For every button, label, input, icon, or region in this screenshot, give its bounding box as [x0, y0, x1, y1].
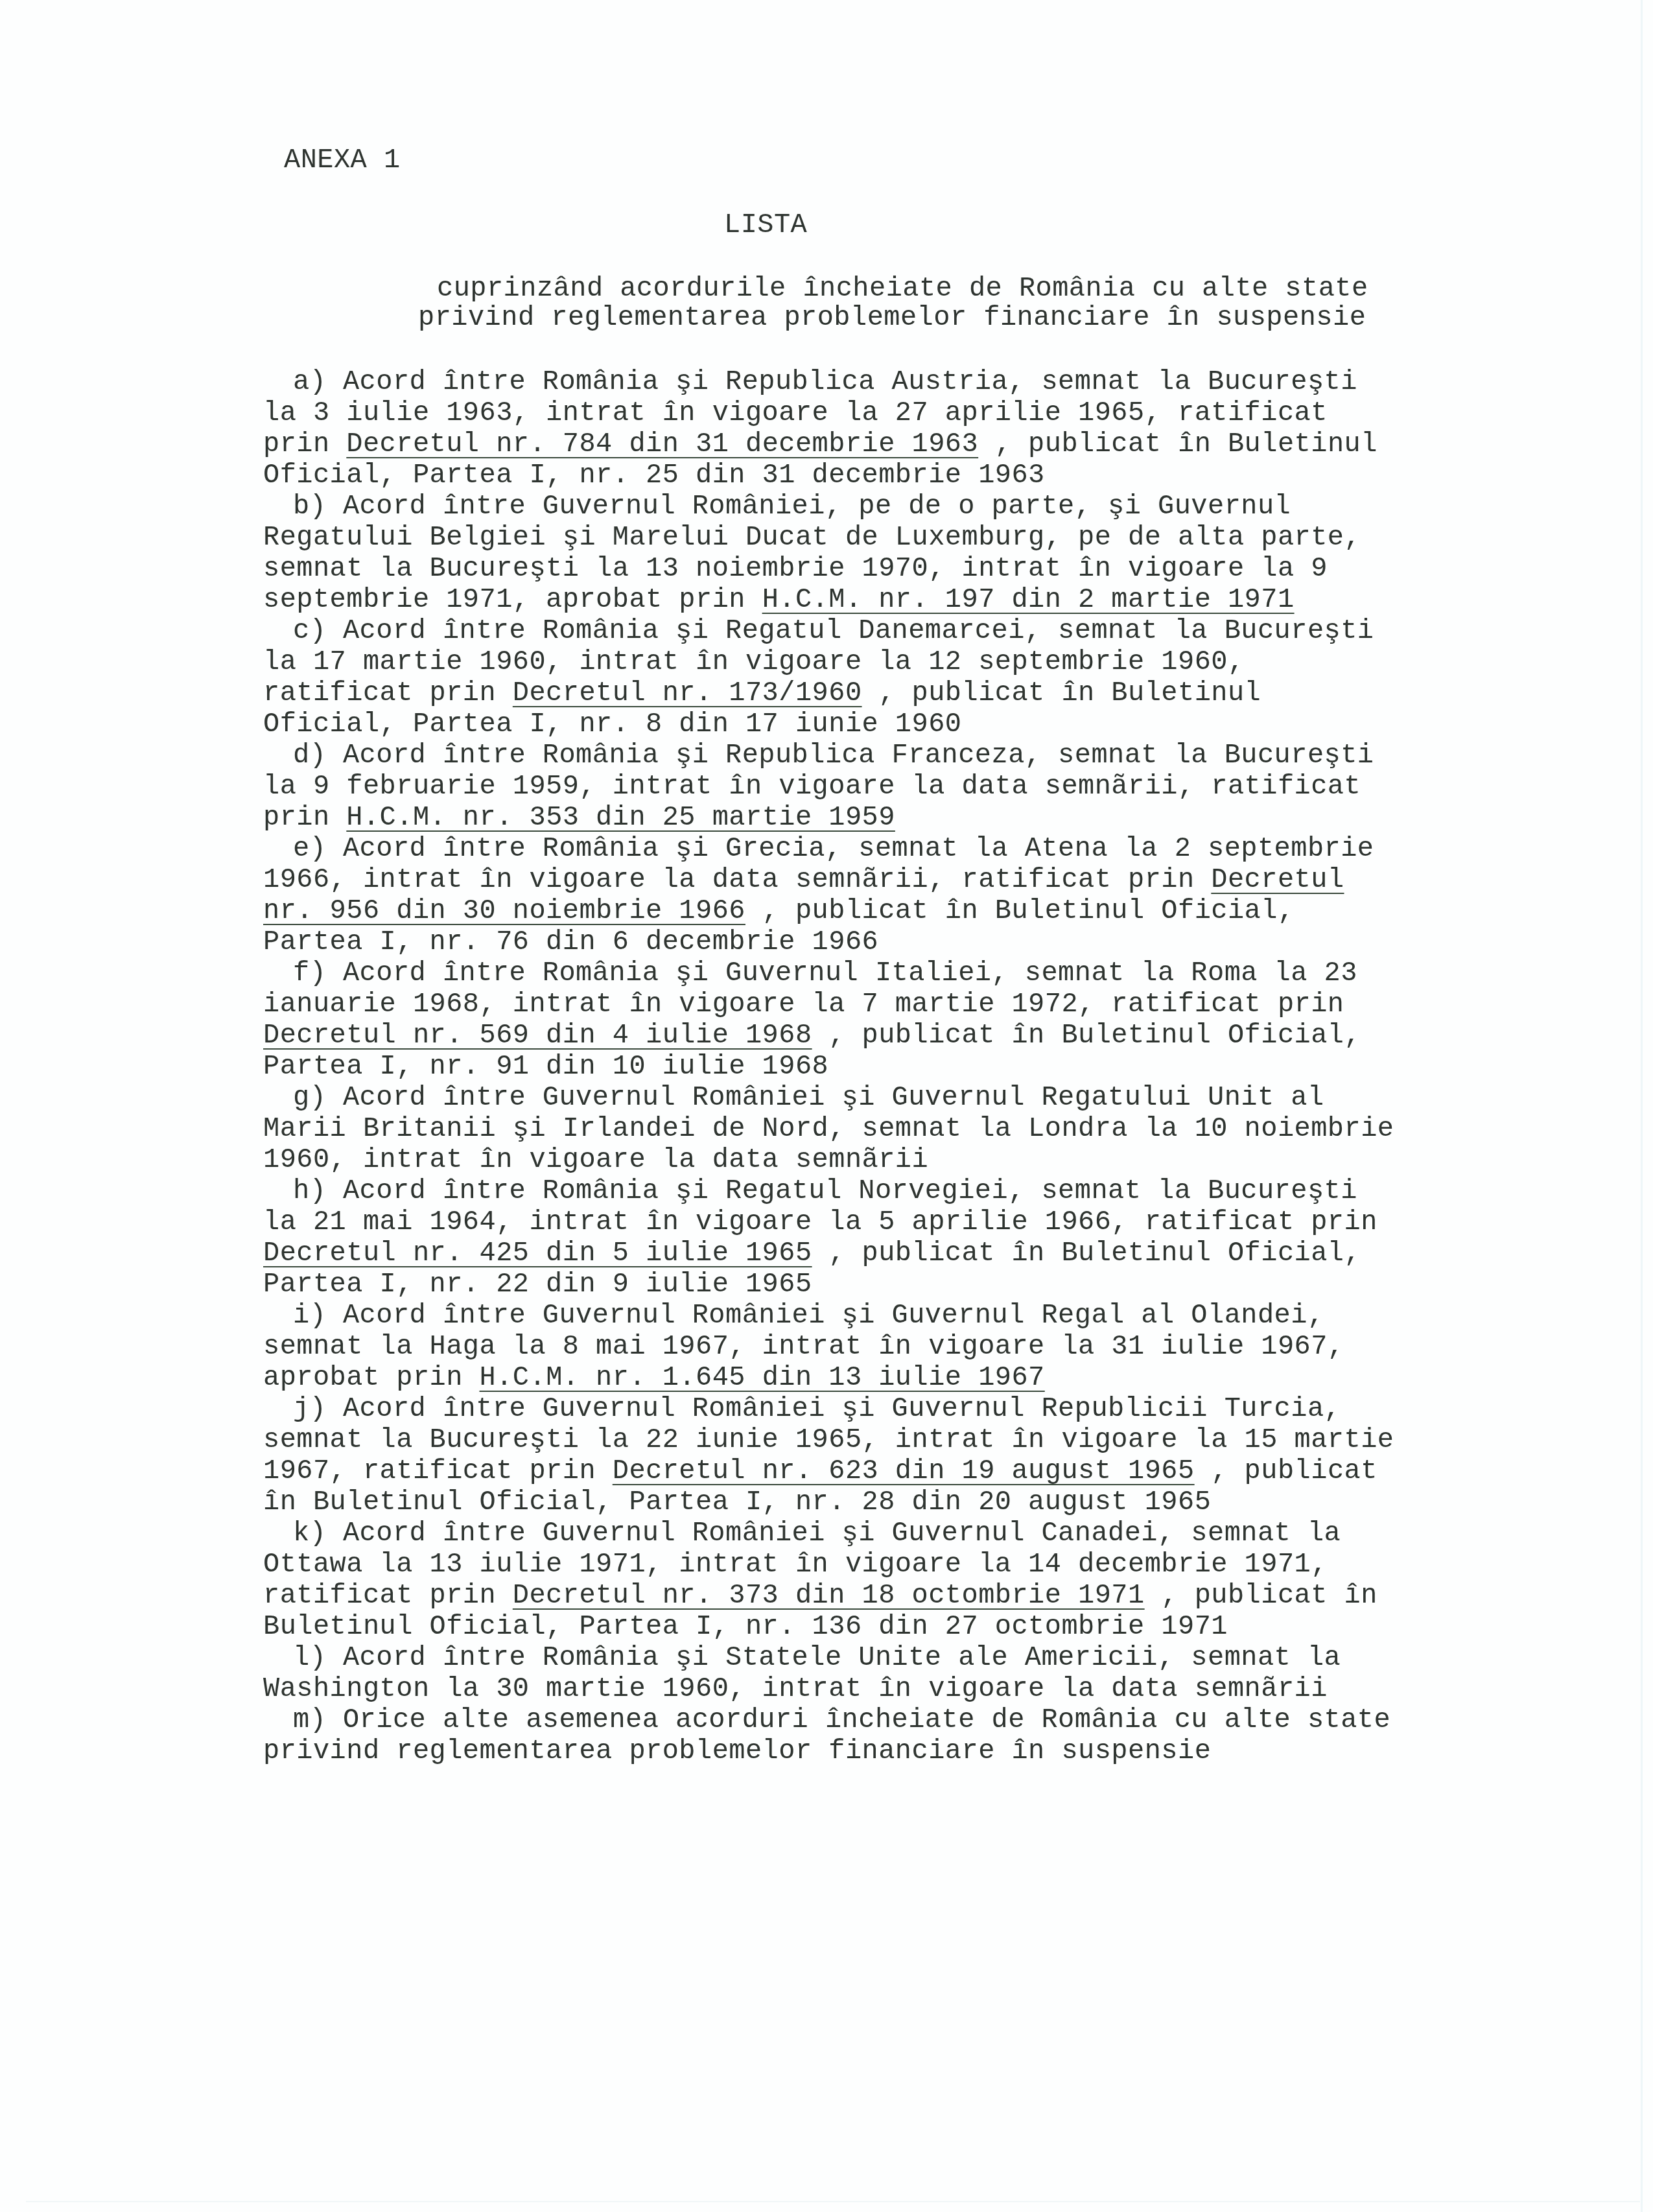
- agreement-item: a) Acord între România şi Republica Aust…: [263, 366, 1404, 491]
- agreement-item: f) Acord între România şi Guvernul Itali…: [263, 958, 1404, 1082]
- item-text: semnat la Haga la 8 mai 1967, intrat în …: [263, 1331, 1344, 1362]
- agreement-item-first-line: l) Acord între România şi Statele Unite …: [263, 1642, 1404, 1673]
- agreement-item-line: ratificat prin Decretul nr. 173/1960 , p…: [263, 677, 1404, 709]
- item-text: prin: [263, 802, 346, 833]
- agreement-item-first-line: i) Acord între Guvernul României şi Guve…: [263, 1300, 1404, 1331]
- legal-act-link[interactable]: Decretul nr. 569 din 4 iulie 1968: [263, 1020, 812, 1051]
- item-text: Washington la 30 martie 1960, intrat în …: [263, 1673, 1328, 1704]
- item-text: f) Acord între România şi Guvernul Itali…: [293, 958, 1357, 989]
- scan-edge-bottom: [26, 2201, 1640, 2202]
- agreement-item-line: semnat la Bucureşti la 22 iunie 1965, in…: [263, 1424, 1404, 1455]
- item-text: în Buletinul Oficial, Partea I, nr. 28 d…: [263, 1487, 1211, 1518]
- item-text: , publicat în Buletinul Oficial,: [812, 1238, 1361, 1269]
- agreement-item-line: 1960, intrat în vigoare la data semnãrii: [263, 1144, 1404, 1175]
- agreement-item: h) Acord între România şi Regatul Norveg…: [263, 1175, 1404, 1300]
- document-page: ANEXA 1 LISTA cuprinzând acordurile înch…: [0, 0, 1653, 2212]
- item-text: Regatului Belgiei şi Marelui Ducat de Lu…: [263, 522, 1361, 553]
- legal-act-link[interactable]: Decretul nr. 173/1960: [513, 677, 862, 709]
- agreement-item-line: nr. 956 din 30 noiembrie 1966 , publicat…: [263, 895, 1404, 926]
- agreement-item-first-line: a) Acord între România şi Republica Aust…: [263, 366, 1404, 397]
- agreement-item-line: la 9 februarie 1959, intrat în vigoare l…: [263, 771, 1404, 802]
- item-text: ianuarie 1968, intrat în vigoare la 7 ma…: [263, 989, 1344, 1020]
- item-text: ratificat prin: [263, 677, 513, 709]
- item-text: privind reglementarea problemelor financ…: [263, 1735, 1211, 1767]
- item-text: m) Orice alte asemenea acorduri încheiat…: [293, 1704, 1390, 1735]
- item-text: prin: [263, 429, 346, 460]
- agreement-item-first-line: k) Acord între Guvernul României şi Guve…: [263, 1518, 1404, 1549]
- item-text: Marii Britanii şi Irlandei de Nord, semn…: [263, 1113, 1394, 1144]
- agreement-item-first-line: h) Acord între România şi Regatul Norveg…: [263, 1175, 1404, 1206]
- agreement-item: g) Acord între Guvernul României şi Guve…: [263, 1082, 1404, 1175]
- item-text: d) Acord între România şi Republica Fran…: [293, 740, 1374, 771]
- agreement-item-line: privind reglementarea problemelor financ…: [263, 1735, 1404, 1767]
- agreement-item-line: Washington la 30 martie 1960, intrat în …: [263, 1673, 1404, 1704]
- agreement-item-line: aprobat prin H.C.M. nr. 1.645 din 13 iul…: [263, 1362, 1404, 1393]
- agreement-item-first-line: c) Acord între România şi Regatul Danema…: [263, 615, 1404, 646]
- agreement-item: m) Orice alte asemenea acorduri încheiat…: [263, 1704, 1404, 1767]
- item-text: Partea I, nr. 91 din 10 iulie 1968: [263, 1051, 828, 1082]
- agreement-item-line: Decretul nr. 425 din 5 iulie 1965 , publ…: [263, 1238, 1404, 1269]
- agreement-item-line: la 21 mai 1964, intrat în vigoare la 5 a…: [263, 1206, 1404, 1238]
- item-text: a) Acord între România şi Republica Aust…: [293, 366, 1357, 397]
- page-title: LISTA: [724, 209, 807, 241]
- agreement-item-first-line: f) Acord între România şi Guvernul Itali…: [263, 958, 1404, 989]
- item-text: i) Acord între Guvernul României şi Guve…: [293, 1300, 1324, 1331]
- item-text: 1967, ratificat prin: [263, 1455, 613, 1487]
- agreement-item-line: Partea I, nr. 76 din 6 decembrie 1966: [263, 926, 1404, 958]
- item-text: aprobat prin: [263, 1362, 480, 1393]
- agreement-item: b) Acord între Guvernul României, pe de …: [263, 491, 1404, 615]
- agreement-item-line: la 3 iulie 1963, intrat în vigoare la 27…: [263, 397, 1404, 429]
- agreement-item: l) Acord între România şi Statele Unite …: [263, 1642, 1404, 1704]
- agreement-item-first-line: e) Acord între România şi Grecia, semnat…: [263, 833, 1404, 864]
- item-text: Buletinul Oficial, Partea I, nr. 136 din…: [263, 1611, 1228, 1642]
- item-text: la 17 martie 1960, intrat în vigoare la …: [263, 646, 1245, 677]
- item-text: la 9 februarie 1959, intrat în vigoare l…: [263, 771, 1361, 802]
- agreement-item-line: prin H.C.M. nr. 353 din 25 martie 1959: [263, 802, 1404, 833]
- item-text: Oficial, Partea I, nr. 8 din 17 iunie 19…: [263, 709, 961, 740]
- agreement-item-first-line: b) Acord între Guvernul României, pe de …: [263, 491, 1404, 522]
- item-text: b) Acord între Guvernul României, pe de …: [293, 491, 1291, 522]
- agreement-item: i) Acord între Guvernul României şi Guve…: [263, 1300, 1404, 1393]
- agreement-item-line: Partea I, nr. 22 din 9 iulie 1965: [263, 1269, 1404, 1300]
- item-text: , publicat în Buletinul Oficial,: [745, 895, 1295, 926]
- item-text: l) Acord între România şi Statele Unite …: [293, 1642, 1341, 1673]
- agreement-item-line: Buletinul Oficial, Partea I, nr. 136 din…: [263, 1611, 1404, 1642]
- agreement-item-line: ratificat prin Decretul nr. 373 din 18 o…: [263, 1580, 1404, 1611]
- item-text: , publicat în Buletinul: [978, 429, 1377, 460]
- legal-act-link[interactable]: Decretul: [1211, 864, 1344, 895]
- legal-act-link[interactable]: H.C.M. nr. 1.645 din 13 iulie 1967: [480, 1362, 1045, 1393]
- agreement-item-line: semnat la Bucureşti la 13 noiembrie 1970…: [263, 553, 1404, 584]
- annex-label: ANEXA 1: [284, 145, 401, 176]
- legal-act-link[interactable]: H.C.M. nr. 353 din 25 martie 1959: [346, 802, 895, 833]
- agreements-list: a) Acord între România şi Republica Aust…: [263, 366, 1404, 1767]
- item-text: Oficial, Partea I, nr. 25 din 31 decembr…: [263, 460, 1045, 491]
- agreement-item-line: Partea I, nr. 91 din 10 iulie 1968: [263, 1051, 1404, 1082]
- agreement-item-line: ianuarie 1968, intrat în vigoare la 7 ma…: [263, 989, 1404, 1020]
- legal-act-link[interactable]: Decretul nr. 373 din 18 octombrie 1971: [513, 1580, 1145, 1611]
- scan-edge-right: [1641, 0, 1643, 2212]
- item-text: h) Acord între România şi Regatul Norveg…: [293, 1175, 1357, 1206]
- item-text: e) Acord între România şi Grecia, semnat…: [293, 833, 1374, 864]
- agreement-item-line: la 17 martie 1960, intrat în vigoare la …: [263, 646, 1404, 677]
- agreement-item-line: Oficial, Partea I, nr. 25 din 31 decembr…: [263, 460, 1404, 491]
- legal-act-link[interactable]: nr. 956 din 30 noiembrie 1966: [263, 895, 745, 926]
- item-text: k) Acord între Guvernul României şi Guve…: [293, 1518, 1341, 1549]
- item-text: c) Acord între România şi Regatul Danema…: [293, 615, 1374, 646]
- agreement-item-line: 1966, intrat în vigoare la data semnãrii…: [263, 864, 1404, 895]
- agreement-item-line: Marii Britanii şi Irlandei de Nord, semn…: [263, 1113, 1404, 1144]
- agreement-item-line: Regatului Belgiei şi Marelui Ducat de Lu…: [263, 522, 1404, 553]
- item-text: , publicat în Buletinul Oficial,: [812, 1020, 1361, 1051]
- agreement-item-line: semnat la Haga la 8 mai 1967, intrat în …: [263, 1331, 1404, 1362]
- agreement-item: j) Acord între Guvernul României şi Guve…: [263, 1393, 1404, 1518]
- legal-act-link[interactable]: Decretul nr. 425 din 5 iulie 1965: [263, 1238, 812, 1269]
- item-text: ratificat prin: [263, 1580, 513, 1611]
- agreement-item-first-line: g) Acord între Guvernul României şi Guve…: [263, 1082, 1404, 1113]
- agreement-item-line: 1967, ratificat prin Decretul nr. 623 di…: [263, 1455, 1404, 1487]
- item-text: 1966, intrat în vigoare la data semnãrii…: [263, 864, 1211, 895]
- item-text: la 3 iulie 1963, intrat în vigoare la 27…: [263, 397, 1328, 429]
- agreement-item: c) Acord între România şi Regatul Danema…: [263, 615, 1404, 740]
- item-text: , publicat în Buletinul: [862, 677, 1261, 709]
- subtitle-line: cuprinzând acordurile încheiate de Român…: [437, 273, 1368, 304]
- item-text: Ottawa la 13 iulie 1971, intrat în vigoa…: [263, 1549, 1328, 1580]
- agreement-item-first-line: j) Acord între Guvernul României şi Guve…: [263, 1393, 1404, 1424]
- agreement-item-first-line: d) Acord între România şi Republica Fran…: [263, 740, 1404, 771]
- subtitle-line: privind reglementarea problemelor financ…: [418, 302, 1366, 333]
- legal-act-link[interactable]: Decretul nr. 784 din 31 decembrie 1963: [346, 429, 978, 460]
- item-text: , publicat: [1195, 1455, 1377, 1487]
- item-text: la 21 mai 1964, intrat în vigoare la 5 a…: [263, 1206, 1377, 1238]
- legal-act-link[interactable]: H.C.M. nr. 197 din 2 martie 1971: [762, 584, 1295, 615]
- item-text: semnat la Bucureşti la 22 iunie 1965, in…: [263, 1424, 1394, 1455]
- agreement-item-line: în Buletinul Oficial, Partea I, nr. 28 d…: [263, 1487, 1404, 1518]
- item-text: semnat la Bucureşti la 13 noiembrie 1970…: [263, 553, 1328, 584]
- item-text: Partea I, nr. 76 din 6 decembrie 1966: [263, 926, 878, 958]
- agreement-item: k) Acord între Guvernul României şi Guve…: [263, 1518, 1404, 1642]
- agreement-item-line: prin Decretul nr. 784 din 31 decembrie 1…: [263, 429, 1404, 460]
- item-text: 1960, intrat în vigoare la data semnãrii: [263, 1144, 928, 1175]
- item-text: g) Acord între Guvernul României şi Guve…: [293, 1082, 1324, 1113]
- legal-act-link[interactable]: Decretul nr. 623 din 19 august 1965: [613, 1455, 1195, 1487]
- agreement-item-line: Oficial, Partea I, nr. 8 din 17 iunie 19…: [263, 709, 1404, 740]
- item-text: j) Acord între Guvernul României şi Guve…: [293, 1393, 1341, 1424]
- agreement-item-line: Ottawa la 13 iulie 1971, intrat în vigoa…: [263, 1549, 1404, 1580]
- agreement-item-line: Decretul nr. 569 din 4 iulie 1968 , publ…: [263, 1020, 1404, 1051]
- item-text: septembrie 1971, aprobat prin: [263, 584, 762, 615]
- agreement-item-line: septembrie 1971, aprobat prin H.C.M. nr.…: [263, 584, 1404, 615]
- item-text: , publicat în: [1145, 1580, 1377, 1611]
- agreement-item: e) Acord între România şi Grecia, semnat…: [263, 833, 1404, 958]
- agreement-item-first-line: m) Orice alte asemenea acorduri încheiat…: [263, 1704, 1404, 1735]
- agreement-item: d) Acord între România şi Republica Fran…: [263, 740, 1404, 833]
- item-text: Partea I, nr. 22 din 9 iulie 1965: [263, 1269, 812, 1300]
